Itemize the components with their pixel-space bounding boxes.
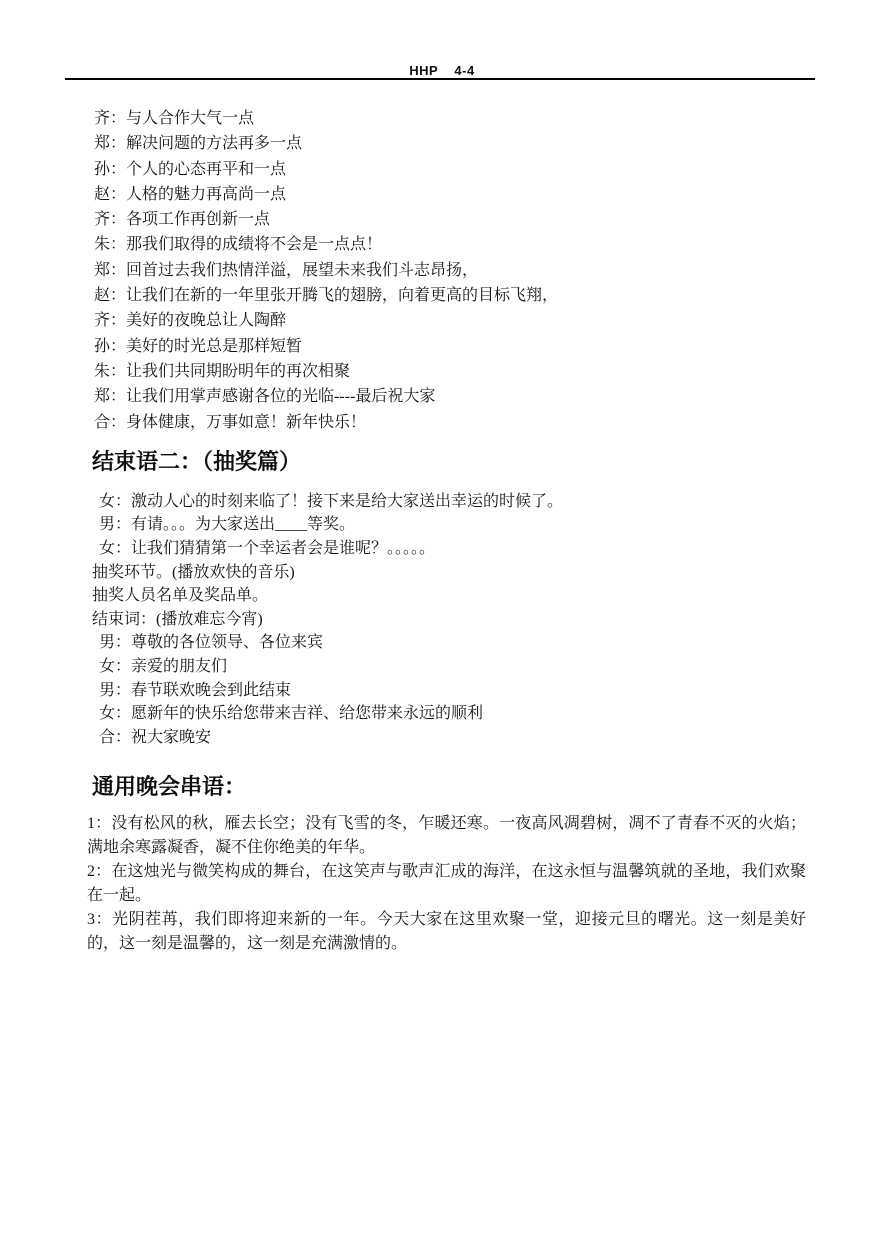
dialogue-line: 朱：让我们共同期盼明年的再次相聚 (87, 359, 806, 384)
numbered-paragraph: 1：没有松风的秋，雁去长空；没有飞雪的冬，乍暖还寒。一夜高风凋碧树，凋不了青春不… (87, 812, 806, 860)
dialogue-line: 孙：美好的时光总是那样短暂 (87, 334, 806, 359)
dialogue-line: 男：尊敬的各位领导、各位来宾 (87, 631, 806, 655)
document-page: HHP 4-4 齐：与人合作大气一点 郑：解决问题的方法再多一点 孙：个人的心态… (0, 0, 884, 1251)
dialogue-line: 女：愿新年的快乐给您带来吉祥、给您带来永远的顺利 (87, 702, 806, 726)
closing-script-block-2: 女：激动人心的时刻来临了！接下来是给大家送出幸运的时候了。 男：有请。。。为大家… (87, 490, 806, 750)
dialogue-line: 男：春节联欢晚会到此结束 (87, 679, 806, 703)
dialogue-line: 齐：与人合作大气一点 (87, 106, 806, 131)
stage-direction-line: 抽奖环节。(播放欢快的音乐) (87, 561, 806, 585)
section-heading-closing2: 结束语二：（抽奖篇） (87, 447, 806, 477)
numbered-paragraph: 2：在这烛光与微笑构成的舞台，在这笑声与歌声汇成的海洋，在这永恒与温馨筑就的圣地… (87, 860, 806, 908)
dialogue-line: 郑：回首过去我们热情洋溢，展望未来我们斗志昂扬， (87, 258, 806, 283)
header-rule (65, 78, 815, 80)
header-doc-code: HHP 4-4 (409, 63, 474, 78)
dialogue-line: 合：祝大家晚安 (87, 726, 806, 750)
dialogue-line: 朱：那我们取得的成绩将不会是一点点！ (87, 232, 806, 257)
numbered-paragraph: 3：光阴茬苒，我们即将迎来新的一年。今天大家在这里欢聚一堂，迎接元旦的曙光。这一… (87, 908, 806, 956)
dialogue-line: 女：亲爱的朋友们 (87, 655, 806, 679)
dialogue-line: 赵：让我们在新的一年里张开腾飞的翅膀，向着更高的目标飞翔， (87, 283, 806, 308)
dialogue-line: 赵：人格的魅力再高尚一点 (87, 182, 806, 207)
dialogue-line: 齐：美好的夜晚总让人陶醉 (87, 308, 806, 333)
closing-script-block-1: 齐：与人合作大气一点 郑：解决问题的方法再多一点 孙：个人的心态再平和一点 赵：… (87, 106, 806, 435)
section-heading-general: 通用晚会串语： (87, 772, 806, 802)
dialogue-line: 女：让我们猜猜第一个幸运者会是谁呢？。。。。。 (87, 537, 806, 561)
general-phrases-block: 1：没有松风的秋，雁去长空；没有飞雪的冬，乍暖还寒。一夜高风凋碧树，凋不了青春不… (87, 812, 806, 956)
dialogue-line: 齐：各项工作再创新一点 (87, 207, 806, 232)
stage-direction-line: 抽奖人员名单及奖品单。 (87, 584, 806, 608)
dialogue-line: 孙：个人的心态再平和一点 (87, 157, 806, 182)
dialogue-line: 女：激动人心的时刻来临了！接下来是给大家送出幸运的时候了。 (87, 490, 806, 514)
dialogue-line: 郑：解决问题的方法再多一点 (87, 131, 806, 156)
stage-direction-line: 结束词：(播放难忘今宵) (87, 608, 806, 632)
dialogue-line: 男：有请。。。为大家送出____等奖。 (87, 513, 806, 537)
dialogue-line: 郑：让我们用掌声感谢各位的光临----最后祝大家 (87, 384, 806, 409)
document-content: 齐：与人合作大气一点 郑：解决问题的方法再多一点 孙：个人的心态再平和一点 赵：… (87, 106, 806, 956)
dialogue-line: 合：身体健康，万事如意！新年快乐！ (87, 410, 806, 435)
